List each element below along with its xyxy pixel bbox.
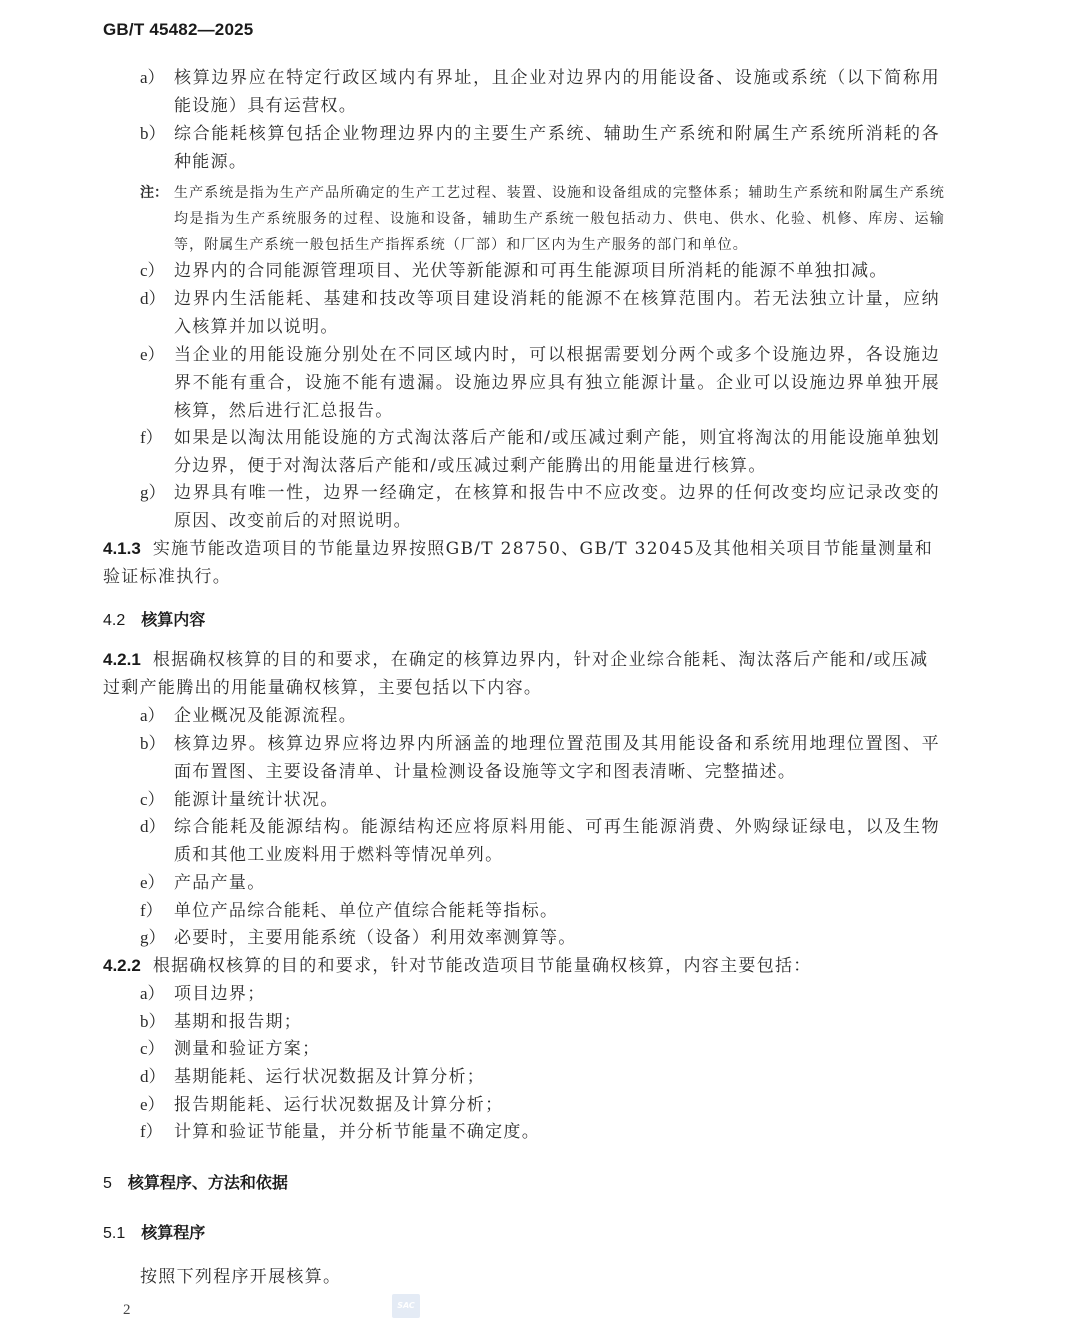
section-number: 5.1: [103, 1225, 125, 1242]
item-label: f）: [140, 897, 173, 925]
item-text: 计算和验证节能量，并分析节能量不确定度。: [174, 1118, 940, 1146]
list-item: f） 计算和验证节能量，并分析节能量不确定度。: [140, 1118, 940, 1146]
item-label: a）: [140, 702, 173, 730]
list-item: f） 如果是以淘汰用能设施的方式淘汰落后产能和/或压减过剩产能，则宜将淘汰的用能…: [140, 424, 940, 480]
item-label: e）: [140, 341, 173, 369]
list-item: c） 边界内的合同能源管理项目、光伏等新能源和可再生能源项目所消耗的能源不单独扣…: [140, 257, 940, 285]
item-label: d）: [140, 813, 173, 841]
list-item: b） 综合能耗核算包括企业物理边界内的主要生产系统、辅助生产系统和附属生产系统所…: [140, 120, 940, 176]
item-label: b）: [140, 120, 173, 148]
item-text: 当企业的用能设施分别处在不同区域内时，可以根据需要划分两个或多个设施边界，各设施…: [174, 341, 940, 425]
item-label: g）: [140, 924, 173, 952]
item-label: c）: [140, 786, 173, 814]
item-text: 企业概况及能源流程。: [174, 702, 940, 730]
item-label: e）: [140, 869, 173, 897]
list-item: b） 基期和报告期；: [140, 1008, 940, 1036]
list-item: e） 报告期能耗、运行状况数据及计算分析；: [140, 1091, 940, 1119]
item-label: c）: [140, 257, 173, 285]
paragraph-text: 按照下列程序开展核算。: [140, 1262, 341, 1287]
list-item: a） 企业概况及能源流程。: [140, 702, 940, 730]
page-number: 2: [123, 1302, 131, 1319]
list-item: g） 边界具有唯一性，边界一经确定，在核算和报告中不应改变。边界的任何改变均应记…: [140, 479, 940, 535]
item-text: 基期和报告期；: [174, 1008, 940, 1036]
item-text: 产品产量。: [174, 869, 940, 897]
list-item: g） 必要时，主要用能系统（设备）利用效率测算等。: [140, 924, 940, 952]
list-item: f） 单位产品综合能耗、单位产值综合能耗等指标。: [140, 897, 940, 925]
section-title: 核算程序、方法和依据: [128, 1173, 288, 1192]
section-heading-5: 5核算程序、方法和依据: [103, 1170, 288, 1193]
item-label: c）: [140, 1035, 173, 1063]
item-label: b）: [140, 730, 173, 758]
item-label: g）: [140, 479, 173, 507]
item-text: 边界具有唯一性，边界一经确定，在核算和报告中不应改变。边界的任何改变均应记录改变…: [174, 479, 940, 535]
item-text: 边界内生活能耗、基建和技改等项目建设消耗的能源不在核算范围内。若无法独立计量，应…: [174, 285, 940, 341]
clause-number: 4.2.1: [103, 650, 141, 669]
item-text: 核算边界。核算边界应将边界内所涵盖的地理位置范围及其用能设备和系统用地理位置图、…: [174, 730, 940, 786]
item-text: 报告期能耗、运行状况数据及计算分析；: [174, 1091, 940, 1119]
item-label: d）: [140, 285, 173, 313]
list-item: a） 核算边界应在特定行政区域内有界址，且企业对边界内的用能设备、设施或系统（以…: [140, 64, 940, 120]
clause-text: 实施节能改造项目的节能量边界按照GB/T 28750、GB/T 32045及其他…: [103, 539, 933, 587]
item-text: 综合能耗核算包括企业物理边界内的主要生产系统、辅助生产系统和附属生产系统所消耗的…: [174, 120, 940, 176]
clause-4-2-1: 4.2.1根据确权核算的目的和要求，在确定的核算边界内，针对企业综合能耗、淘汰落…: [103, 646, 943, 702]
item-text: 单位产品综合能耗、单位产值综合能耗等指标。: [174, 897, 940, 925]
item-label: d）: [140, 1063, 173, 1091]
clause-4-1-3: 4.1.3实施节能改造项目的节能量边界按照GB/T 28750、GB/T 320…: [103, 535, 943, 591]
item-label: a）: [140, 980, 173, 1008]
list-item: c） 测量和验证方案；: [140, 1035, 940, 1063]
item-text: 能源计量统计状况。: [174, 786, 940, 814]
item-label: a）: [140, 64, 173, 92]
list-item: e） 产品产量。: [140, 869, 940, 897]
item-label: b）: [140, 1008, 173, 1036]
section-title: 核算内容: [141, 610, 205, 629]
item-text: 核算边界应在特定行政区域内有界址，且企业对边界内的用能设备、设施或系统（以下简称…: [174, 64, 940, 120]
item-text: 必要时，主要用能系统（设备）利用效率测算等。: [174, 924, 940, 952]
clause-number: 4.2.2: [103, 956, 141, 975]
clause-4-2-2: 4.2.2根据确权核算的目的和要求，针对节能改造项目节能量确权核算，内容主要包括…: [103, 952, 943, 980]
list-item: d） 边界内生活能耗、基建和技改等项目建设消耗的能源不在核算范围内。若无法独立计…: [140, 285, 940, 341]
list-item: c） 能源计量统计状况。: [140, 786, 940, 814]
section-heading-5-1: 5.1核算程序: [103, 1220, 205, 1243]
list-item: b） 核算边界。核算边界应将边界内所涵盖的地理位置范围及其用能设备和系统用地理位…: [140, 730, 940, 786]
note-label: 注：: [140, 180, 168, 206]
item-text: 测量和验证方案；: [174, 1035, 940, 1063]
clause-text: 根据确权核算的目的和要求，针对节能改造项目节能量确权核算，内容主要包括：: [153, 956, 812, 976]
item-label: f）: [140, 1118, 173, 1146]
list-item: d） 基期能耗、运行状况数据及计算分析；: [140, 1063, 940, 1091]
item-text: 边界内的合同能源管理项目、光伏等新能源和可再生能源项目所消耗的能源不单独扣减。: [174, 257, 940, 285]
standard-number-header: GB/T 45482—2025: [103, 20, 253, 40]
sac-watermark-icon: SAC: [392, 1294, 420, 1318]
list-item: a） 项目边界；: [140, 980, 940, 1008]
item-text: 项目边界；: [174, 980, 940, 1008]
clause-number: 4.1.3: [103, 539, 141, 558]
note-block: 注： 生产系统是指为生产产品所确定的生产工艺过程、装置、设施和设备组成的完整体系…: [140, 180, 945, 258]
section-number: 4.2: [103, 612, 125, 629]
item-text: 如果是以淘汰用能设施的方式淘汰落后产能和/或压减过剩产能，则宜将淘汰的用能设施单…: [174, 424, 940, 480]
section-number: 5: [103, 1175, 112, 1192]
section-heading-4-2: 4.2核算内容: [103, 607, 205, 630]
list-item: e） 当企业的用能设施分别处在不同区域内时，可以根据需要划分两个或多个设施边界，…: [140, 341, 940, 425]
item-label: f）: [140, 424, 173, 452]
item-text: 基期能耗、运行状况数据及计算分析；: [174, 1063, 940, 1091]
note-text: 生产系统是指为生产产品所确定的生产工艺过程、装置、设施和设备组成的完整体系；辅助…: [174, 180, 945, 258]
section-title: 核算程序: [141, 1223, 205, 1242]
list-item: d） 综合能耗及能源结构。能源结构还应将原料用能、可再生能源消费、外购绿证绿电，…: [140, 813, 940, 869]
item-label: e）: [140, 1091, 173, 1119]
clause-text: 根据确权核算的目的和要求，在确定的核算边界内，针对企业综合能耗、淘汰落后产能和/…: [103, 650, 928, 698]
item-text: 综合能耗及能源结构。能源结构还应将原料用能、可再生能源消费、外购绿证绿电，以及生…: [174, 813, 940, 869]
